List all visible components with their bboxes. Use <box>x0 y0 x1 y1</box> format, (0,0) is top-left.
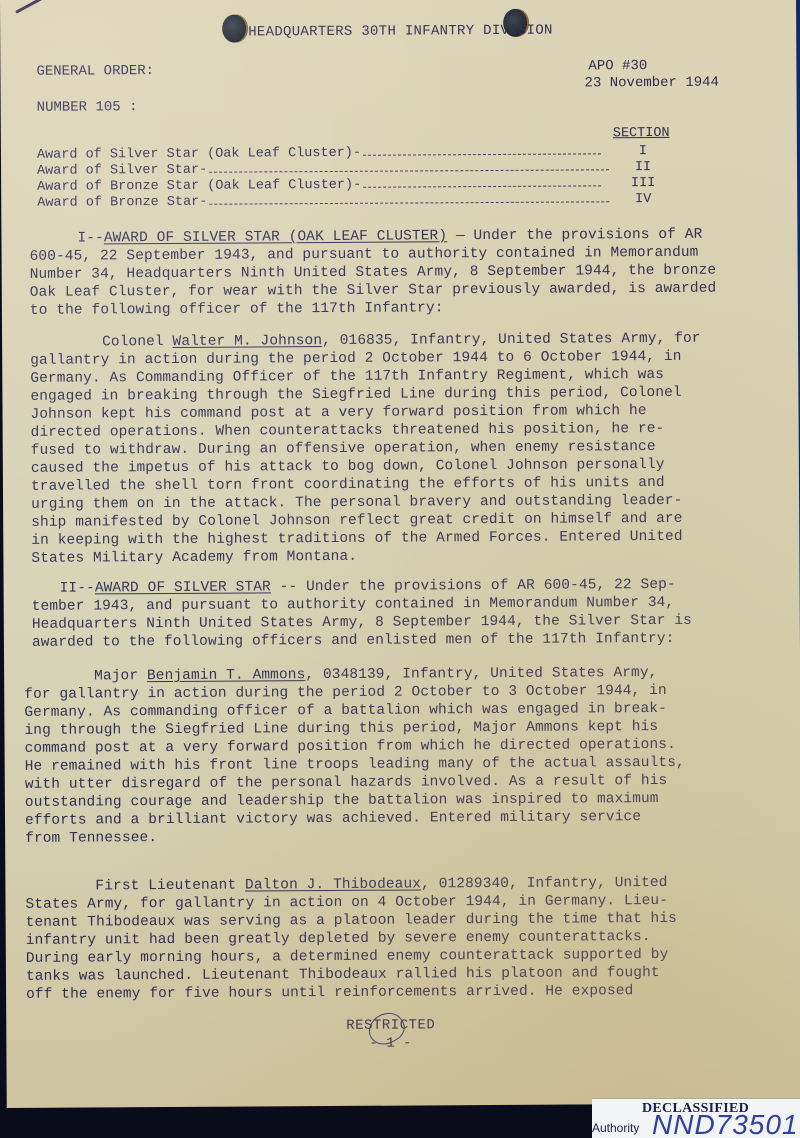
headquarters-title: HEADQUARTERS 30TH INFANTRY DIVISION <box>248 23 553 41</box>
toc-section: III <box>623 176 663 191</box>
toc-section: I <box>623 144 663 159</box>
footer-restricted-stamp: RESTRICTED <box>346 1017 435 1034</box>
toc-row: Award of Bronze Star- IV <box>37 192 687 212</box>
text-line: -- Under the provisions of AR 600-45, 22… <box>271 577 676 595</box>
toc-label: Award of Silver Star (Oak Leaf Cluster)- <box>37 146 361 163</box>
pen-mark <box>15 0 43 14</box>
toc-label: Award of Silver Star- <box>37 163 207 179</box>
section-prefix: II-- <box>60 580 95 596</box>
section-1-intro: I--AWARD OF SILVER STAR (OAK LEAF CLUSTE… <box>29 226 710 320</box>
general-order-label: GENERAL ORDER: <box>36 63 154 80</box>
top-restricted-stamp: RESTRICTED <box>355 0 449 4</box>
table-of-contents: SECTION Award of Silver Star (Oak Leaf C… <box>37 126 687 130</box>
section-prefix: I-- <box>77 230 104 246</box>
text-line: , 0348139, Infantry, United States Army, <box>305 665 657 683</box>
recipient-name: Dalton J. Thibodeaux <box>245 876 421 893</box>
recipient-name: Walter M. Johnson <box>172 333 322 350</box>
document-page: RESTRICTED HEADQUARTERS 30TH INFANTRY DI… <box>0 0 800 1108</box>
order-date: 23 November 1944 <box>584 75 719 92</box>
text-line: from Tennessee. <box>25 826 705 848</box>
declassified-stamp: DECLASSIFIED Authority NND735017 <box>592 1098 800 1138</box>
toc-section: IV <box>623 192 663 207</box>
text-line: — Under the provisions of AR <box>447 227 702 245</box>
recipient-rank: First Lieutenant <box>95 878 245 895</box>
recipient-rank: Major <box>94 668 147 684</box>
section-heading: AWARD OF SILVER STAR <box>95 579 271 596</box>
text-line: awarded to the following officers and en… <box>32 630 712 652</box>
apo-number: APO #30 <box>588 58 647 74</box>
text-line: , 016835, Infantry, United States Army, … <box>322 331 701 349</box>
toc-label: Award of Bronze Star (Oak Leaf Cluster)- <box>37 178 361 195</box>
text-line: off the enemy for five hours until reinf… <box>26 982 706 1004</box>
page-number: - 1 - <box>369 1036 411 1052</box>
declassified-authority-label: Authority <box>592 1121 639 1135</box>
toc-section-header: SECTION <box>613 126 670 141</box>
text-line: , 01289340, Infantry, United <box>421 875 668 893</box>
citation-johnson: Colonel Walter M. Johnson, 016835, Infan… <box>30 330 711 568</box>
section-heading: AWARD OF SILVER STAR (OAK LEAF CLUSTER) <box>104 228 447 246</box>
toc-label: Award of Bronze Star- <box>37 195 207 211</box>
toc-leader <box>209 169 609 172</box>
citation-thibodeaux: First Lieutenant Dalton J. Thibodeaux, 0… <box>25 874 706 1004</box>
recipient-rank: Colonel <box>102 334 173 350</box>
toc-leader <box>363 153 601 155</box>
toc-leader <box>209 201 609 204</box>
recipient-name: Benjamin T. Ammons <box>147 667 306 684</box>
toc-leader <box>363 185 601 187</box>
text-line: States Military Academy from Montana. <box>31 546 711 568</box>
text-line: to the following officer of the 117th In… <box>30 298 710 320</box>
order-number: NUMBER 105 : <box>37 99 138 116</box>
declassified-authority-code: NND735017 <box>652 1109 800 1138</box>
section-2-intro: II--AWARD OF SILVER STAR -- Under the pr… <box>32 576 712 652</box>
citation-ammons: Major Benjamin T. Ammons, 0348139, Infan… <box>24 664 705 848</box>
punch-hole-left <box>222 14 246 42</box>
toc-section: II <box>623 160 663 175</box>
